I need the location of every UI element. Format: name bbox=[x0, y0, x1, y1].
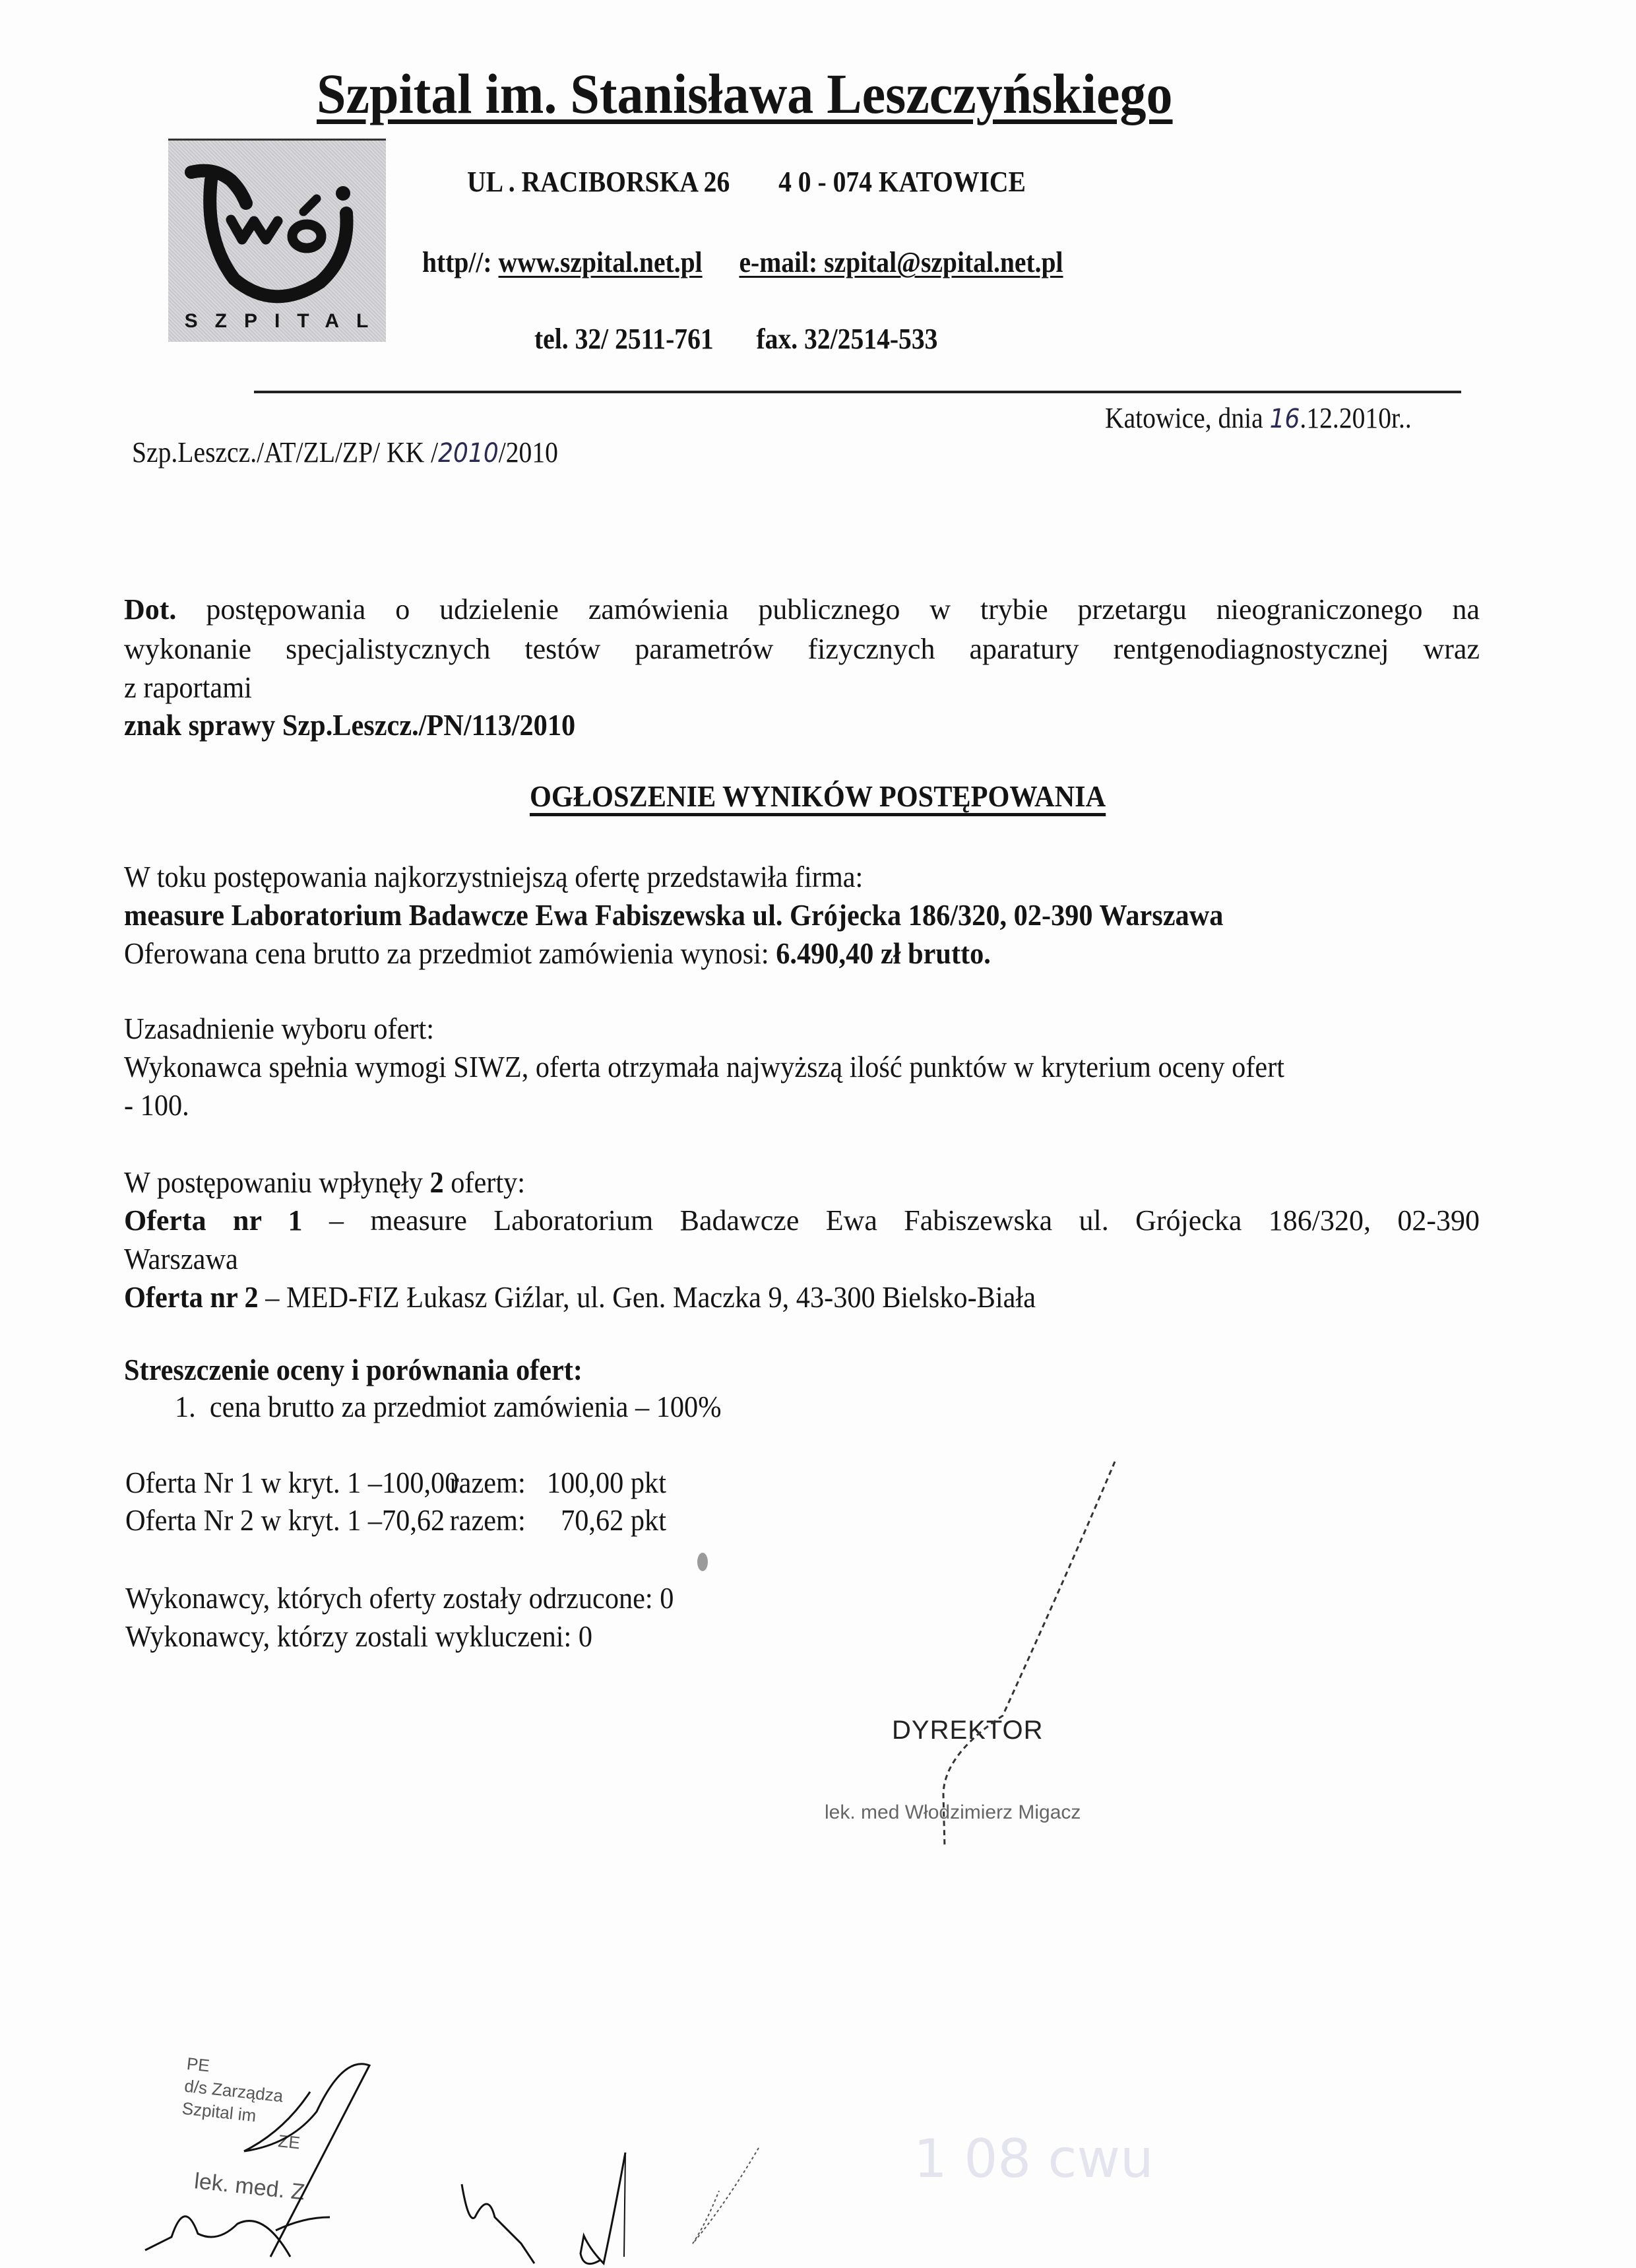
offers-intro: W postępowaniu wpłynęły 2 oferty: bbox=[124, 1163, 525, 1202]
winner-intro: W toku postępowania najkorzystniejszą of… bbox=[124, 858, 863, 896]
pencil-note: 1 08 cwu bbox=[914, 2128, 1154, 2189]
offer-2: Oferta nr 2 – MED-FIZ Łukasz Giźlar, ul.… bbox=[124, 1278, 1036, 1316]
subject-label: Dot. bbox=[124, 593, 176, 626]
street: UL . RACIBORSKA 26 bbox=[467, 166, 730, 198]
website-link[interactable]: www.szpital.net.pl bbox=[499, 246, 703, 278]
offer-1-cont: Warszawa bbox=[124, 1240, 238, 1278]
announcement-heading: OGŁOSZENIE WYNIKÓW POSTĘPOWANIA bbox=[0, 779, 1636, 814]
fax: fax. 32/2514-533 bbox=[756, 323, 937, 355]
excluded-count: Wykonawcy, którzy zostali wykluczeni: 0 bbox=[125, 1617, 592, 1656]
hospital-name: Szpital im. Stanisława Leszczyńskiego bbox=[317, 61, 1172, 127]
handwritten-day: 16 bbox=[1270, 404, 1300, 434]
contact-line: http//: www.szpital.net.pl e-mail: szpit… bbox=[422, 245, 1063, 279]
subject-line-3: z raportami bbox=[124, 668, 252, 707]
justification-text: Wykonawca spełnia wymogi SIWZ, oferta ot… bbox=[124, 1048, 1284, 1086]
score-row-1: Oferta Nr 1 w kryt. 1 –100,00 razem: 100… bbox=[125, 1465, 666, 1500]
place-date: Katowice, dnia 16.12.2010r.. bbox=[1105, 401, 1412, 435]
smile-logo-icon bbox=[168, 141, 386, 312]
phone-line: tel. 32/ 2511-761 fax. 32/2514-533 bbox=[534, 322, 937, 356]
approval-stamp: PE d/s Zarządza Szpital im ZE lek. med. … bbox=[173, 2052, 318, 2204]
email-link[interactable]: e-mail: szpital@szpital.net.pl bbox=[739, 246, 1063, 278]
justification-label: Uzasadnienie wyboru ofert: bbox=[124, 1010, 434, 1048]
evaluation-title: Streszczenie oceny i porównania ofert: bbox=[124, 1351, 582, 1389]
header-divider bbox=[254, 391, 1461, 393]
offer-1-label: Oferta nr 1 bbox=[124, 1204, 303, 1237]
criterion-1: 1. cena brutto za przedmiot zamówienia –… bbox=[175, 1388, 721, 1426]
rejected-count: Wykonawcy, których oferty zostały odrzuc… bbox=[125, 1579, 674, 1617]
logo-caption: SZPITAL bbox=[168, 310, 386, 333]
score-row-2: Oferta Nr 2 w kryt. 1 –70,62 razem: 70,6… bbox=[125, 1503, 666, 1538]
hospital-logo: SZPITAL bbox=[168, 139, 386, 342]
winner-company: measure Laboratorium Badawcze Ewa Fabisz… bbox=[124, 896, 1223, 934]
offer-2-label: Oferta nr 2 bbox=[124, 1280, 259, 1314]
justification-text-cont: - 100. bbox=[124, 1086, 189, 1124]
case-number: znak sprawy Szp.Leszcz./PN/113/2010 bbox=[124, 706, 575, 744]
offer-1: Oferta nr 1 – measure Laboratorium Badaw… bbox=[124, 1202, 1480, 1240]
signatory-name: lek. med Włodzimierz Migacz bbox=[825, 1801, 1081, 1824]
signatory-title: DYREKTOR bbox=[892, 1716, 1044, 1745]
postal-city: 4 0 - 074 KATOWICE bbox=[778, 166, 1026, 198]
handwritten-reference: 2010 bbox=[438, 438, 499, 469]
offers-count: 2 bbox=[430, 1165, 444, 1199]
winner-price: Oferowana cena brutto za przedmiot zamów… bbox=[124, 934, 991, 973]
subject-line-2: wykonanie specjalistycznych testów param… bbox=[124, 630, 1480, 668]
reference-number: Szp.Leszcz./AT/ZL/ZP/ KK /2010/2010 bbox=[132, 436, 558, 469]
address-line: UL . RACIBORSKA 26 4 0 - 074 KATOWICE bbox=[467, 165, 1026, 199]
telephone: tel. 32/ 2511-761 bbox=[534, 323, 714, 355]
subject-line-1: Dot. postępowania o udzielenie zamówieni… bbox=[124, 591, 1480, 629]
price-value: 6.490,40 zł brutto. bbox=[776, 936, 991, 970]
web-label: http//: bbox=[422, 246, 499, 278]
